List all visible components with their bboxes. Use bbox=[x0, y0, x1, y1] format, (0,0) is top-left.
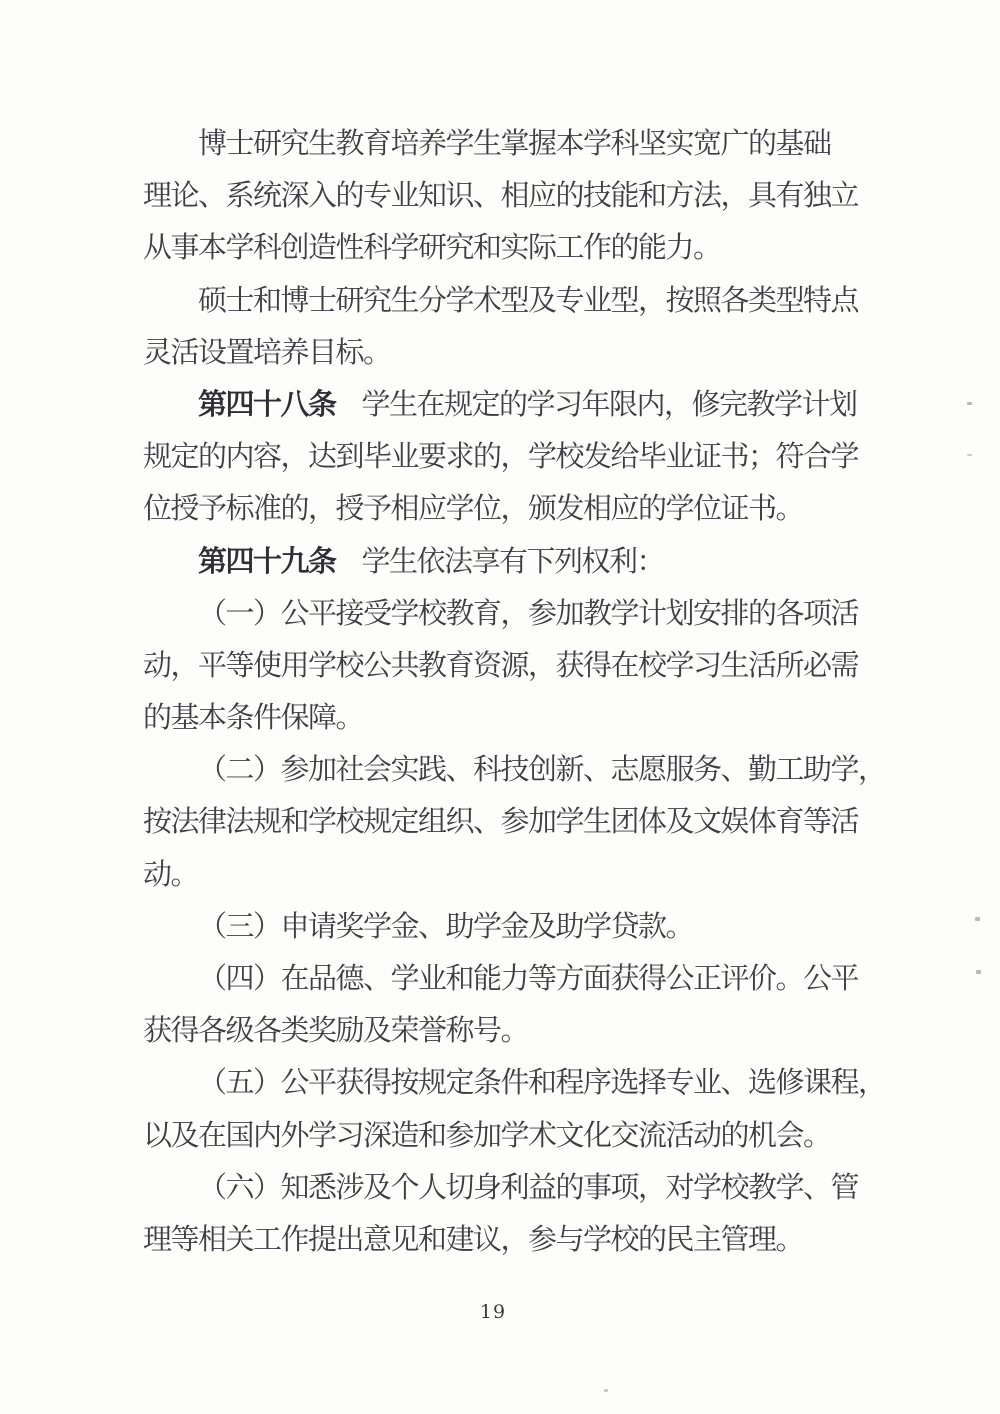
article-49-text: 学生依法享有下列权利： bbox=[362, 544, 665, 578]
scan-artifact-speck bbox=[967, 454, 972, 456]
text-line: 动，平等使用学校公共教育资源，获得在校学习生活所必需 bbox=[143, 639, 873, 691]
clause-3-line: （三）申请奖学金、助学金及助学贷款。 bbox=[143, 900, 873, 952]
text-line: 灵活设置培养目标。 bbox=[143, 326, 873, 378]
clause-6-line: （六）知悉涉及个人切身利益的事项，对学校教学、管 bbox=[143, 1161, 873, 1213]
text-line: 按法律法规和学校规定组织、参加学生团体及文娱体育等活 bbox=[143, 795, 873, 847]
scan-artifact-speck bbox=[967, 402, 972, 405]
text-line: 获得各级各类奖励及荣誉称号。 bbox=[143, 1004, 873, 1056]
clause-5-line: （五）公平获得按规定条件和程序选择专业、选修课程， bbox=[143, 1056, 873, 1108]
text-line: 硕士和博士研究生分学术型及专业型，按照各类型特点 bbox=[143, 274, 873, 326]
text-line: 动。 bbox=[143, 848, 873, 900]
text-line: 博士研究生教育培养学生掌握本学科坚实宽广的基础 bbox=[143, 117, 873, 169]
text-line: 理等相关工作提出意见和建议，参与学校的民主管理。 bbox=[143, 1213, 873, 1265]
article-49-number: 第四十九条 bbox=[198, 544, 336, 578]
article-49-line: 第四十九条学生依法享有下列权利： bbox=[143, 535, 873, 587]
scan-artifact-speck bbox=[976, 970, 981, 974]
clause-2-line: （二）参加社会实践、科技创新、志愿服务、勤工助学， bbox=[143, 743, 873, 795]
text-line: 规定的内容，达到毕业要求的，学校发给毕业证书；符合学 bbox=[143, 430, 873, 482]
scan-artifact-speck bbox=[604, 1389, 608, 1392]
document-body-text: 博士研究生教育培养学生掌握本学科坚实宽广的基础 理论、系统深入的专业知识、相应的… bbox=[143, 117, 873, 1265]
article-48-text: 学生在规定的学习年限内，修完教学计划 bbox=[362, 387, 857, 421]
text-line: 位授予标准的，授予相应学位，颁发相应的学位证书。 bbox=[143, 482, 873, 534]
scan-artifact-speck bbox=[975, 917, 980, 921]
article-48-number: 第四十八条 bbox=[198, 387, 336, 421]
page-number: 19 bbox=[0, 1301, 986, 1323]
text-line: 从事本学科创造性科学研究和实际工作的能力。 bbox=[143, 221, 873, 273]
clause-1-line: （一）公平接受学校教育，参加教学计划安排的各项活 bbox=[143, 587, 873, 639]
text-line: 的基本条件保障。 bbox=[143, 691, 873, 743]
document-page: 博士研究生教育培养学生掌握本学科坚实宽广的基础 理论、系统深入的专业知识、相应的… bbox=[0, 0, 1000, 1414]
text-line: 理论、系统深入的专业知识、相应的技能和方法，具有独立 bbox=[143, 169, 873, 221]
article-48-line: 第四十八条学生在规定的学习年限内，修完教学计划 bbox=[143, 378, 873, 430]
text-line: 以及在国内外学习深造和参加学术文化交流活动的机会。 bbox=[143, 1109, 873, 1161]
clause-4-line: （四）在品德、学业和能力等方面获得公正评价。公平 bbox=[143, 952, 873, 1004]
